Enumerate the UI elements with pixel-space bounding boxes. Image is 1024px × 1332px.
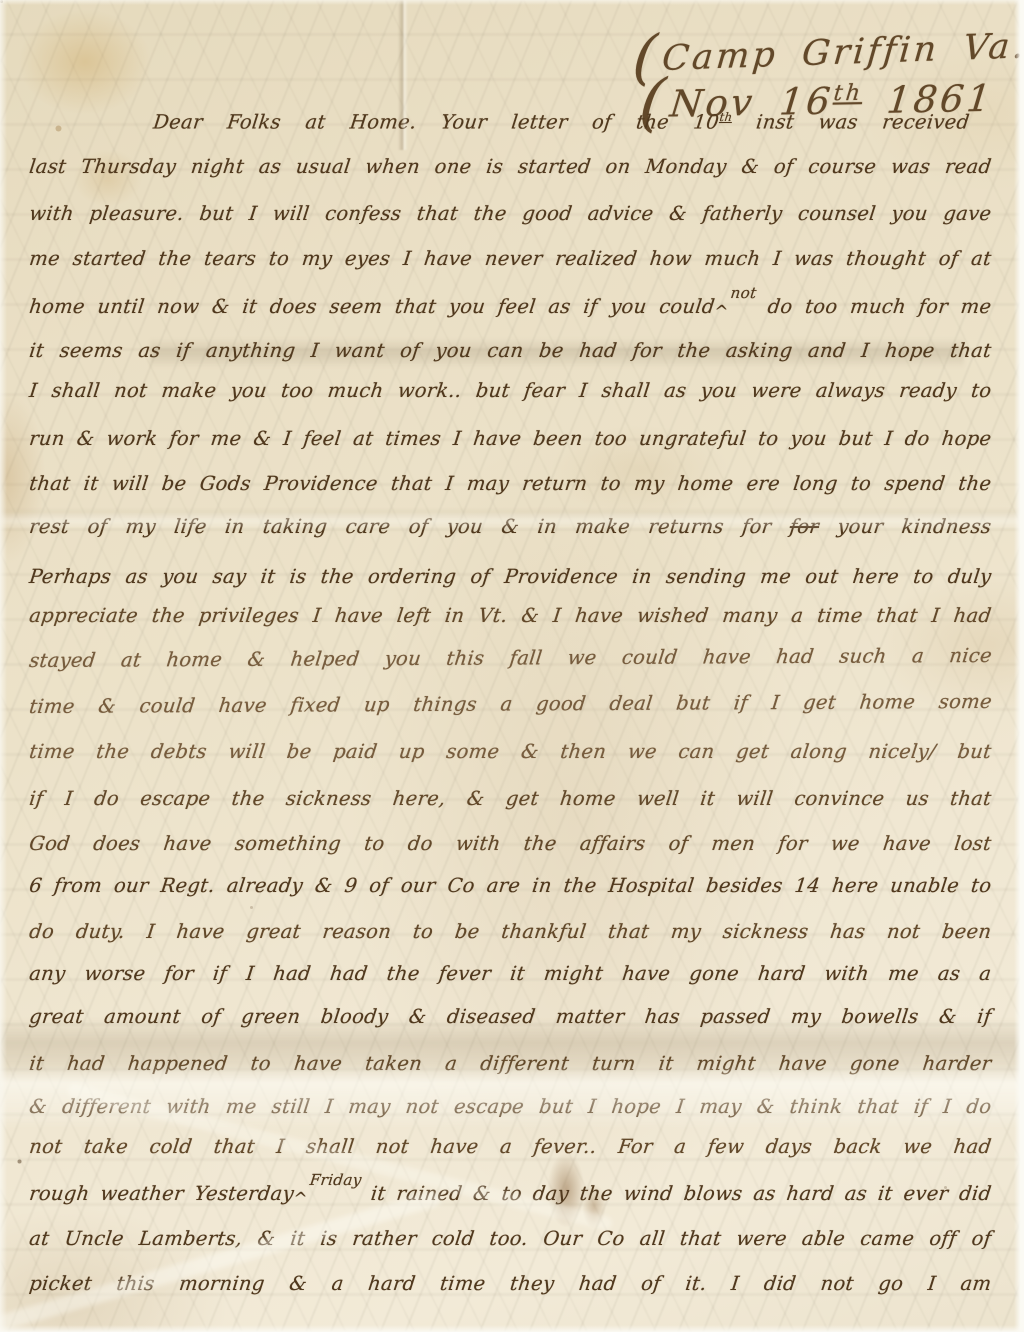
- body-line: time & could have fixed up things a good…: [28, 690, 993, 718]
- body-line: it had happened to have taken a differen…: [28, 1052, 993, 1075]
- body-line: if I do escape the sickness here, & get …: [28, 787, 993, 810]
- text-segment: if I do escape the sickness here, & get …: [28, 787, 993, 810]
- text-segment: run & work for me & I feel at times I ha…: [28, 427, 993, 450]
- body-line: do duty. I have great reason to be thank…: [28, 920, 993, 943]
- text-segment: home until now & it does seem that you f…: [28, 295, 716, 318]
- text-segment: do duty. I have great reason to be thank…: [28, 920, 993, 943]
- text-segment: last Thursday night as usual when one is…: [28, 155, 993, 178]
- text-segment: stayed at home & helped you this fall we…: [28, 644, 993, 672]
- body-line: home until now & it does seem that you f…: [28, 295, 993, 318]
- text-segment: great amount of green bloody & diseased …: [28, 1005, 993, 1028]
- text-segment: any worse for if I had had the fever it …: [28, 962, 993, 985]
- text-segment: with pleasure. but I will confess that t…: [28, 202, 993, 225]
- body-line: it seems as if anything I want of you ca…: [28, 339, 993, 362]
- text-segment: that it will be Gods Providence that I m…: [28, 472, 993, 495]
- text-segment: it had happened to have taken a differen…: [28, 1052, 993, 1075]
- body-line: Perhaps as you say it is the ordering of…: [28, 565, 993, 588]
- body-line: that it will be Gods Providence that I m…: [28, 472, 993, 495]
- text-segment: your kindness: [818, 515, 993, 538]
- insertion-caret: ^: [292, 1189, 309, 1208]
- body-line: at Uncle Lamberts, & it is rather cold t…: [28, 1227, 993, 1250]
- text-segment: do too much for me: [754, 295, 993, 318]
- body-line: God does have something to do with the a…: [28, 832, 993, 855]
- text-segment: I shall not make you too much work.. but…: [28, 379, 993, 402]
- text-segment: inst was received: [730, 111, 970, 134]
- body-line: rough weather Yesterday^Friday it rained…: [28, 1182, 993, 1205]
- body-line: run & work for me & I feel at times I ha…: [28, 427, 993, 450]
- body-line: 6 from our Regt. already & 9 of our Co a…: [28, 874, 993, 897]
- text-segment: Perhaps as you say it is the ordering of…: [28, 565, 993, 588]
- text-segment: Dear Folks at Home. Your letter of the 1…: [152, 111, 720, 134]
- ink-specks: [0, 0, 3, 3]
- inserted-word: not: [730, 284, 758, 302]
- text-segment: 6 from our Regt. already & 9 of our Co a…: [28, 874, 993, 897]
- text-segment: picket this morning & a hard time they h…: [28, 1272, 993, 1295]
- body-line: time the debts will be paid up some & th…: [28, 740, 993, 763]
- text-segment: time the debts will be paid up some & th…: [28, 740, 993, 763]
- text-segment: rough weather Yesterday: [28, 1182, 295, 1205]
- body-line: picket this morning & a hard time they h…: [28, 1272, 993, 1295]
- text-segment: God does have something to do with the a…: [28, 832, 993, 855]
- body-line: rest of my life in taking care of you & …: [28, 515, 993, 538]
- body-line: last Thursday night as usual when one is…: [28, 155, 993, 178]
- text-segment: not take cold that I shall not have a fe…: [28, 1135, 993, 1158]
- salutation-line: Dear Folks at Home. Your letter of the 1…: [30, 110, 971, 134]
- text-segment: rest of my life in taking care of you & …: [28, 515, 791, 538]
- text-segment: time & could have fixed up things a good…: [28, 690, 993, 718]
- text-segment: it rained & to day the wind blows as har…: [359, 1182, 993, 1205]
- text-segment: it seems as if anything I want of you ca…: [28, 339, 993, 362]
- inserted-word: Friday: [309, 1171, 363, 1189]
- text-segment: me started the tears to my eyes I have n…: [28, 247, 993, 270]
- body-line: great amount of green bloody & diseased …: [28, 1005, 993, 1028]
- text-segment: & different with me still I may not esca…: [28, 1095, 993, 1118]
- letter-scan-page: (Camp Griffin Va.(Nov 16th 1861Dear Folk…: [0, 0, 1024, 1332]
- body-line: not take cold that I shall not have a fe…: [28, 1135, 993, 1158]
- struck-word: for: [788, 515, 820, 538]
- body-line: stayed at home & helped you this fall we…: [28, 644, 993, 672]
- body-line: any worse for if I had had the fever it …: [28, 962, 993, 985]
- insertion-caret: ^: [713, 302, 730, 321]
- body-line: & different with me still I may not esca…: [28, 1095, 993, 1118]
- superscript-suffix: th: [832, 80, 864, 107]
- letter-lines: (Camp Griffin Va.(Nov 16th 1861Dear Folk…: [0, 0, 1024, 1332]
- text-segment: appreciate the privileges I have left in…: [28, 604, 993, 627]
- body-line: I shall not make you too much work.. but…: [28, 379, 993, 402]
- body-line: with pleasure. but I will confess that t…: [28, 202, 993, 225]
- body-line: appreciate the privileges I have left in…: [28, 604, 993, 627]
- body-line: me started the tears to my eyes I have n…: [28, 247, 993, 270]
- text-segment: at Uncle Lamberts, & it is rather cold t…: [28, 1227, 993, 1250]
